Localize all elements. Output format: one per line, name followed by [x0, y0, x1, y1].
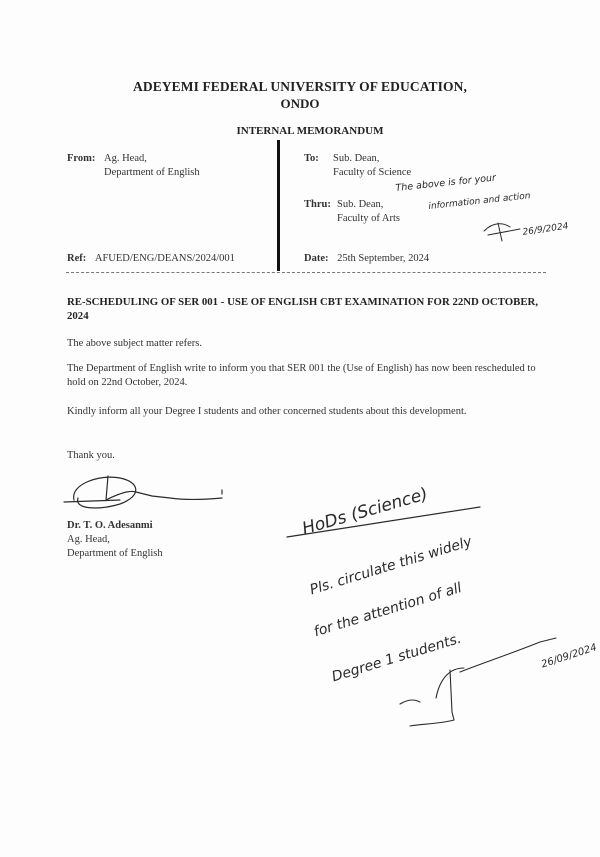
header-separator [66, 272, 546, 273]
institution-location: ONDO [0, 96, 600, 112]
memo-page: ADEYEMI FEDERAL UNIVERSITY OF EDUCATION,… [0, 0, 600, 857]
ref-value: AFUED/ENG/DEANS/2024/001 [95, 253, 235, 264]
date-row: Date: 25th September, 2024 [304, 253, 429, 264]
thru-line2: Faculty of Arts [337, 213, 400, 224]
date-value: 25th September, 2024 [337, 253, 429, 264]
memo-type-heading: INTERNAL MEMORANDUM [0, 125, 600, 137]
vertical-divider [277, 140, 280, 271]
thru-label-text: Thru: [304, 199, 331, 210]
thru-line1: Sub. Dean, [337, 199, 383, 210]
to-label: To: [304, 153, 319, 164]
from-line2: Department of English [104, 167, 200, 178]
from-label: From: [67, 153, 95, 164]
memo-subject: RE-SCHEDULING OF SER 001 - USE OF ENGLIS… [67, 295, 547, 323]
date-label: Date: [304, 253, 329, 264]
thru-label: Thru: [304, 199, 331, 210]
handwritten-signature-icon [380, 628, 590, 728]
body-paragraph-1: The above subject matter refers. [67, 337, 547, 351]
signatory-department: Department of English [67, 548, 163, 559]
handwritten-note-top-line2: information and action [428, 191, 531, 212]
signatory-title: Ag. Head, [67, 534, 110, 545]
ref-label: Ref: [67, 253, 86, 264]
body-paragraph-3: Kindly inform all your Degree I students… [67, 405, 547, 419]
signature-icon [60, 470, 240, 520]
from-line1: Ag. Head, [104, 153, 147, 164]
signatory-name: Dr. T. O. Adesanmi [67, 520, 153, 531]
to-line2: Faculty of Science [333, 167, 411, 178]
from-block: From: [67, 153, 95, 164]
body-paragraph-2: The Department of English write to infor… [67, 362, 547, 390]
ref-row: Ref: AFUED/ENG/DEANS/2024/001 [67, 253, 235, 264]
to-line1: Sub. Dean, [333, 153, 379, 164]
closing-text: Thank you. [67, 449, 547, 463]
institution-name: ADEYEMI FEDERAL UNIVERSITY OF EDUCATION, [0, 79, 600, 95]
to-label-text: To: [304, 153, 319, 164]
